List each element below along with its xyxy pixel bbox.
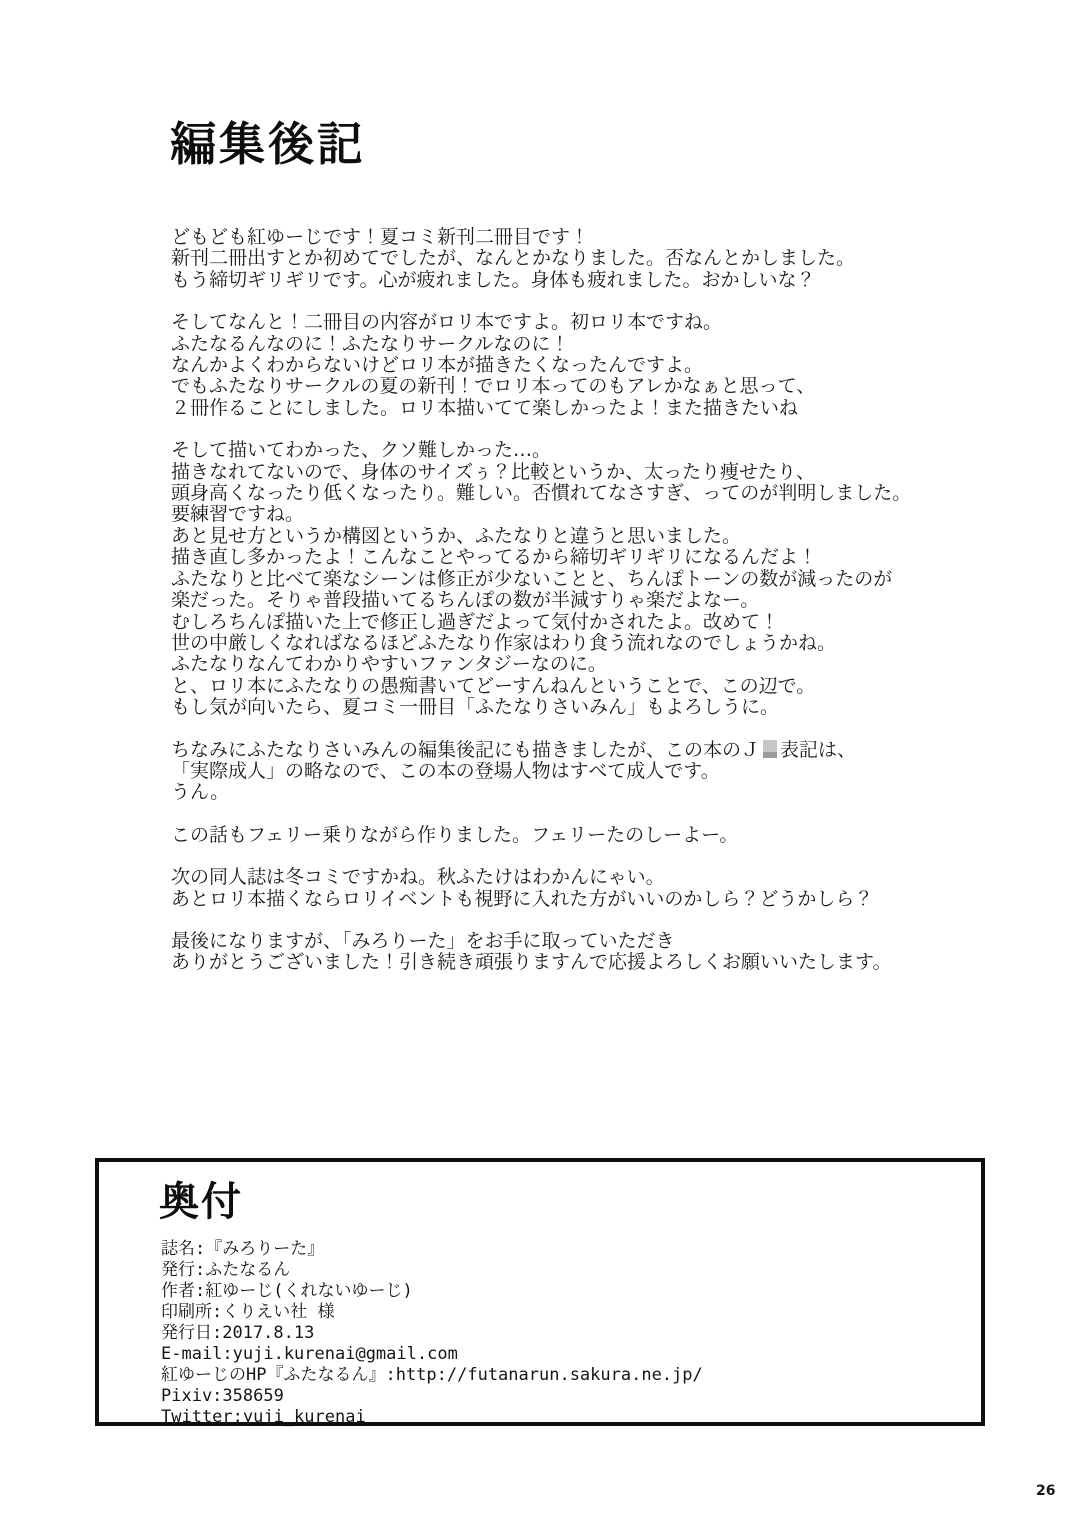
afterword-paragraph: そして描いてわかった、クソ難しかった…。 描きなれてないので、身体のサイズぅ？比… [171,440,1021,718]
page-title: 編集後記 [170,108,366,174]
afterword-paragraph: 次の同人誌は冬コミですかね。秋ふたけはわかんにゃい。 あとロリ本描くならロリイベ… [171,867,1021,910]
colophon-heading: 奥付 [159,1170,981,1227]
page-number: 26 [1036,1483,1055,1499]
afterword-page: 編集後記 どもども紅ゆーじです！夏コミ新刊二冊目です！ 新刊二冊出すとか初めてで… [0,0,1075,1518]
censored-character-box [763,740,777,758]
afterword-paragraph: どもども紅ゆーじです！夏コミ新刊二冊目です！ 新刊二冊出すとか初めてでしたが、な… [171,227,1021,291]
afterword-paragraph: この話もフェリー乗りながら作りました。フェリーたのしーよー。 [171,825,1021,846]
afterword-paragraph: そしてなんと！二冊目の内容がロリ本ですよ。初ロリ本ですね。 ふたなるんなのに！ふ… [171,312,1021,419]
colophon-box: 奥付 誌名:『みろりーた』 発行:ふたなるん 作者:紅ゆーじ(くれないゆーじ) … [95,1158,985,1426]
afterword-paragraph: 最後になりますが、「みろりーた」をお手に取っていただき ありがとうございました！… [171,931,1021,974]
afterword-paragraph: ちなみにふたなりさいみんの編集後記にも描きましたが、この本のＪ表記は、 「実際成… [171,740,1021,804]
afterword-text: どもども紅ゆーじです！夏コミ新刊二冊目です！ 新刊二冊出すとか初めてでしたが、な… [171,227,1021,995]
paragraph-text-before-censor: ちなみにふたなりさいみんの編集後記にも描きましたが、この本のＪ [171,739,760,761]
colophon-details: 誌名:『みろりーた』 発行:ふたなるん 作者:紅ゆーじ(くれないゆーじ) 印刷所… [161,1239,981,1428]
